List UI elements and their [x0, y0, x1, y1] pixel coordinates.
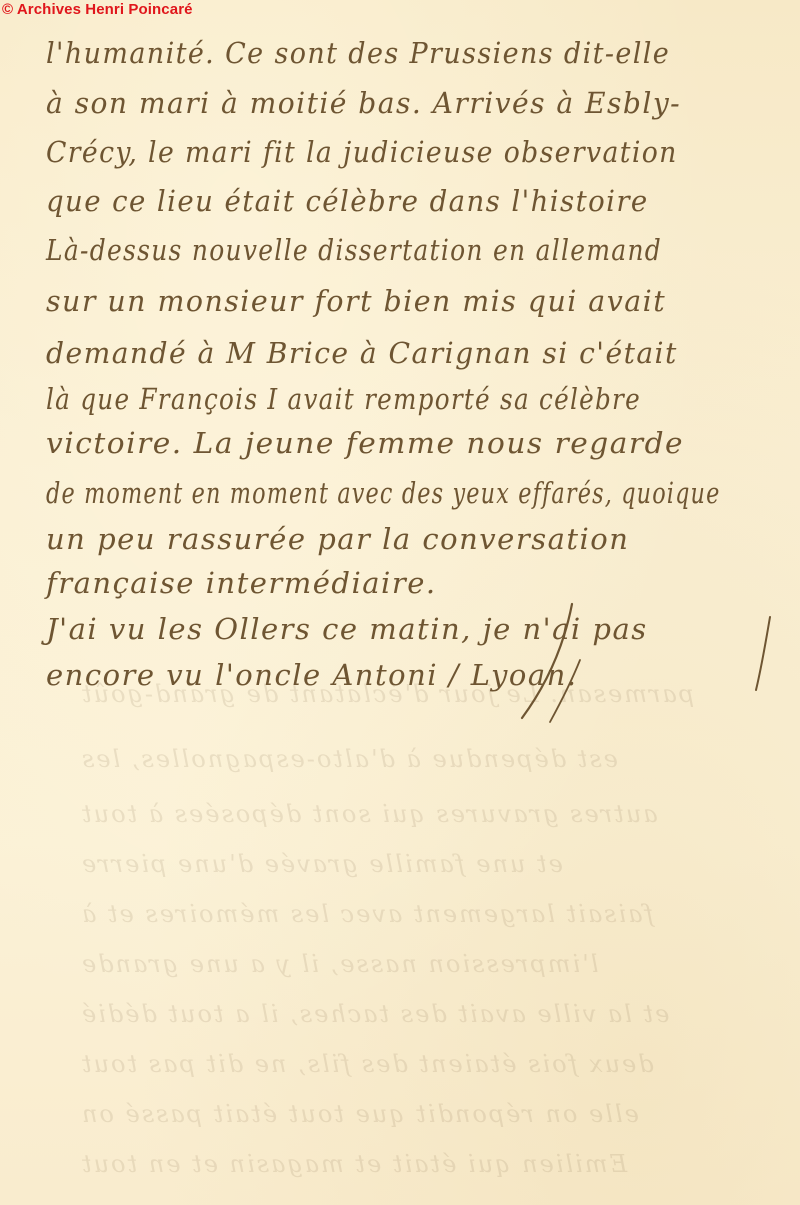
letter-body: l'humanité. Ce sont des Prussiens dit-el… [0, 0, 800, 1205]
letter-line: que ce lieu était célèbre dans l'histoir… [46, 184, 649, 218]
pen-stroke [750, 615, 780, 695]
letter-line: de moment en moment avec des yeux effaré… [46, 476, 720, 510]
letter-line: Là-dessus nouvelle dissertation en allem… [46, 233, 662, 267]
letter-line: sur un monsieur fort bien mis qui avait [46, 284, 666, 318]
letter-line: l'humanité. Ce sont des Prussiens dit-el… [46, 36, 670, 70]
letter-line: Crécy, le mari fit la judicieuse observa… [46, 135, 678, 169]
letter-line: demandé à M Brice à Carignan si c'était [46, 336, 678, 370]
letter-line: française intermédiaire. [46, 566, 437, 600]
letter-line: là que François I avait remporté sa célè… [46, 382, 641, 416]
letter-line: à son mari à moitié bas. Arrivés à Esbly… [46, 86, 681, 120]
letter-line: encore vu l'oncle Antoni / Lyoan. [46, 658, 578, 692]
letter-line: un peu rassurée par la conversation [46, 522, 629, 556]
scanned-letter-page: parmesan. Le jour d'éclatant de grand-go… [0, 0, 800, 1205]
letter-line: J'ai vu les Ollers ce matin, je n'ai pas [46, 612, 648, 646]
letter-line: victoire. La jeune femme nous regarde [46, 426, 684, 460]
